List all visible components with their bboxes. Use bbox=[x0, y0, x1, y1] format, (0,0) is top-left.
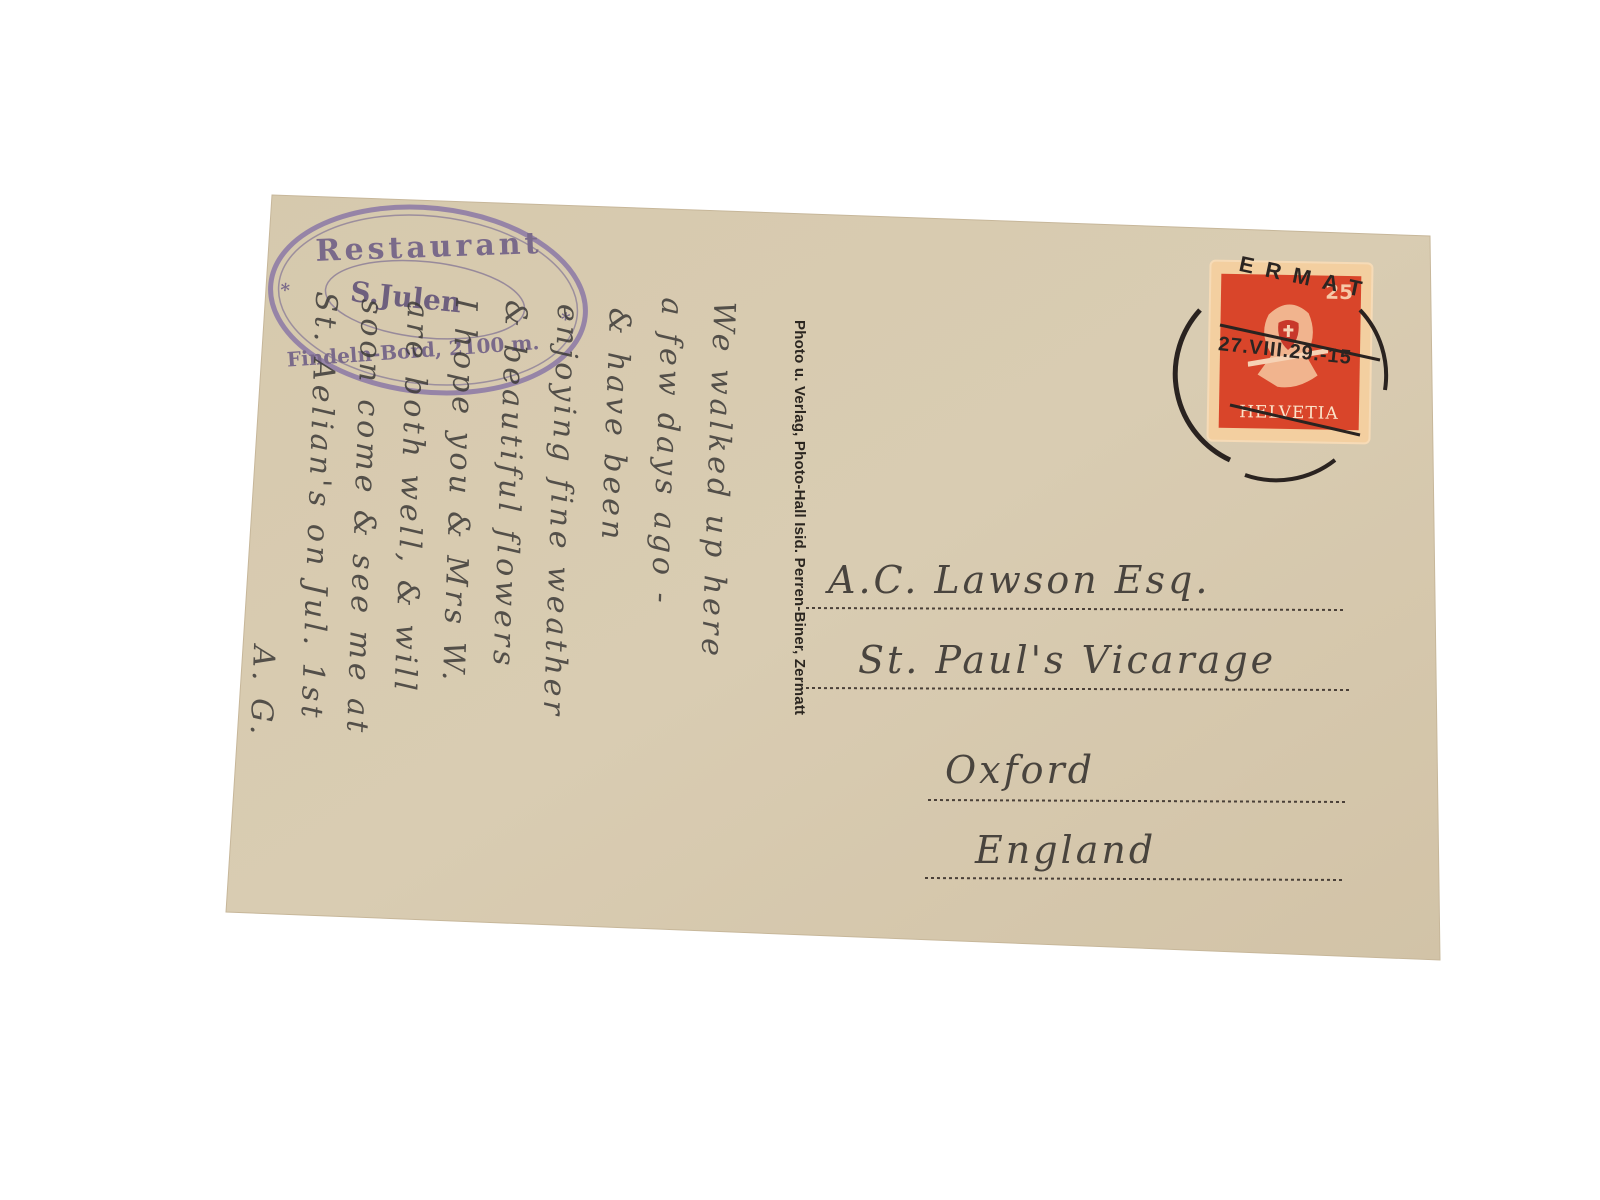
address-street: St. Paul's Vicarage bbox=[858, 638, 1276, 682]
handwritten-message: We walked up here a few days ago - & hav… bbox=[201, 264, 742, 902]
message-line: & beautiful flowers bbox=[485, 300, 533, 671]
address-name: A.C. Lawson Esq. bbox=[828, 558, 1210, 602]
publisher-imprint: Photo u. Verlag, Photo-Hall Isid. Perren… bbox=[778, 320, 808, 880]
message-signature: A. G. bbox=[243, 645, 281, 739]
postcard: Restaurant S.Julen Findeln-Bord, 2100 m.… bbox=[0, 0, 1600, 1200]
address-country: England bbox=[975, 828, 1156, 872]
address-city: Oxford bbox=[945, 748, 1095, 792]
cachet-title: Restaurant bbox=[315, 226, 543, 269]
message-line: enjoying fine weather bbox=[536, 303, 585, 719]
message-line: & have been bbox=[594, 307, 637, 544]
message-line: soon come & see me at bbox=[339, 298, 389, 736]
message-line: I hope you & Mrs W. bbox=[435, 298, 483, 685]
message-line: are both well, & will bbox=[386, 300, 435, 695]
postmark: ERMAT 27.VIII.29.-15 bbox=[1160, 270, 1400, 490]
message-line: a few days ago - bbox=[644, 297, 690, 607]
message-line: St. Aelian's on Jul. 1st bbox=[293, 291, 343, 722]
